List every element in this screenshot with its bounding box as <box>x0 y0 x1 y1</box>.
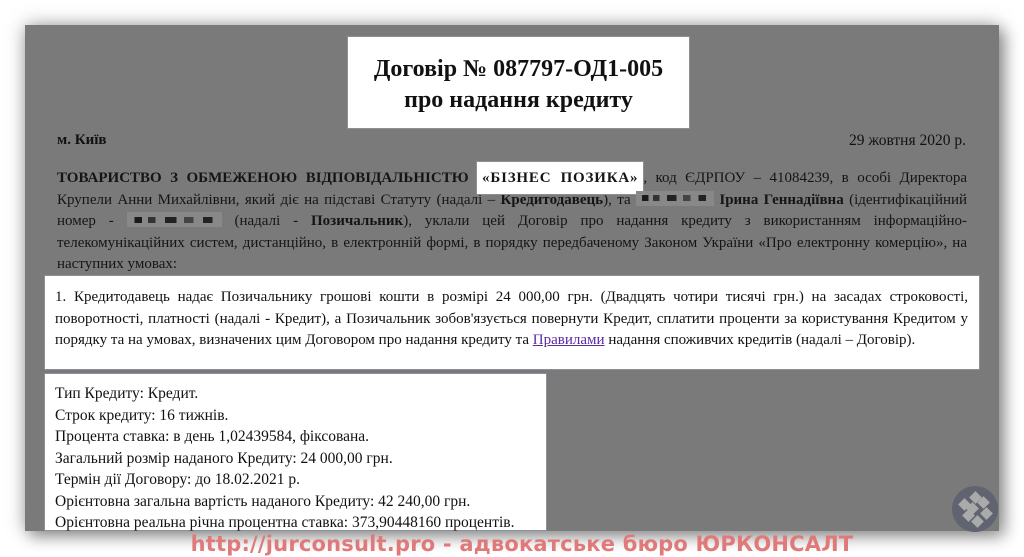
loan-terms-box: Тип Кредиту: Кредит. Строк кредиту: 16 т… <box>44 373 547 531</box>
company-prefix: ТОВАРИСТВО З ОБМЕЖЕНОЮ ВІДПОВІДАЛЬНІСТЮ <box>57 170 469 186</box>
creditor-term: Кредитодавець <box>501 192 604 208</box>
clause-1-text-end: надання споживчих кредитів (надалі – Дог… <box>608 332 915 348</box>
loan-term-type: Тип Кредиту: Кредит. <box>55 383 536 405</box>
loan-term-amount: Загальний розмір наданого Кредиту: 24 00… <box>55 448 536 470</box>
redacted-id-number <box>127 212 222 227</box>
loan-term-expiry: Термін дії Договору: до 18.02.2021 р. <box>55 469 536 491</box>
preamble-text-2: ), та <box>603 192 631 208</box>
borrower-name: Ірина Геннадіївна <box>719 192 843 208</box>
preamble-text-4: (надалі - <box>235 213 299 229</box>
redacted-surname <box>636 191 714 206</box>
rules-link[interactable]: Правилами <box>533 332 605 348</box>
clause-1-box: 1. Кредитодавець надає Позичальнику грош… <box>44 275 980 370</box>
loan-term-rate: Процента ставка: в день 1,02439584, фікс… <box>55 426 536 448</box>
loan-term-duration: Строк кредиту: 16 тижнів. <box>55 405 536 427</box>
loan-term-total-cost: Орієнтовна загальна вартість наданого Кр… <box>55 491 536 513</box>
contract-preamble: ТОВАРИСТВО З ОБМЕЖЕНОЮ ВІДПОВІДАЛЬНІСТЮ … <box>57 168 967 276</box>
contract-title: Договір № 087797-ОД1-005 <box>348 54 689 85</box>
borrower-term: Позичальник <box>311 213 403 229</box>
watermark-text: http://jurconsult.pro - адвокатське бюро… <box>0 531 1024 557</box>
puzzle-logo-icon <box>952 486 998 532</box>
contract-date: 29 жовтня 2020 р. <box>849 132 966 150</box>
company-name-highlight: «БІЗНЕС ПОЗИКА» <box>477 162 643 194</box>
contract-city: м. Київ <box>57 132 107 149</box>
contract-subtitle: про надання кредиту <box>348 85 689 116</box>
contract-title-box: Договір № 087797-ОД1-005 про надання кре… <box>347 36 690 129</box>
